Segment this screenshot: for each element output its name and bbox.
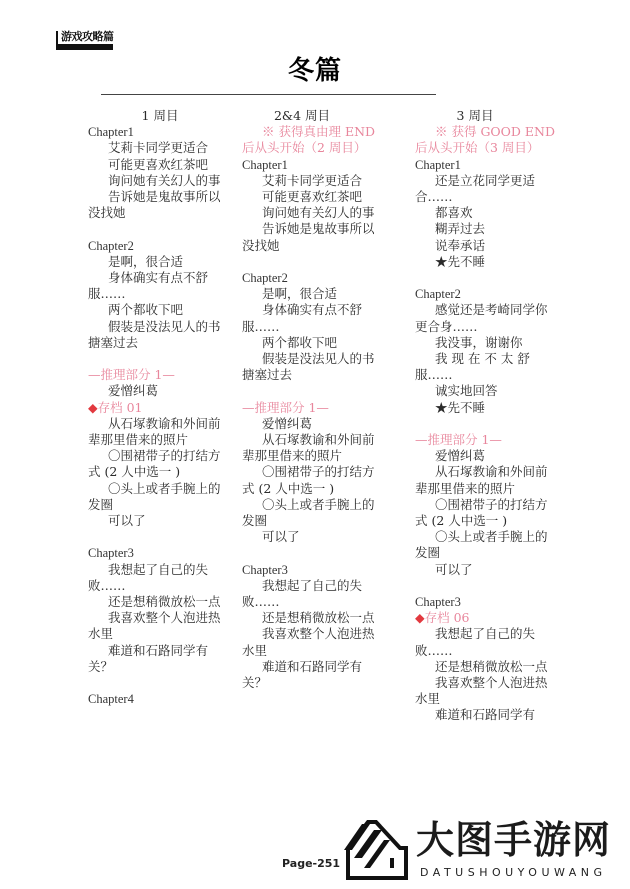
choice-line: 可以了 <box>68 513 230 529</box>
choice-line: 询问她有关幻人的事 <box>222 205 384 221</box>
choice-line: ★先不睡 <box>395 254 557 270</box>
route-note: ※ 获得真由理 END 后从头开始（2 周目） <box>222 124 384 156</box>
choice-line: 〇围裙带子的打结方式 (2 人中选一 ) <box>395 497 557 529</box>
choice-line: 难道和石路同学有关？ <box>68 643 230 675</box>
choice-line: 〇头上或者手腕上的发圈 <box>395 529 557 561</box>
choice-line: 可以了 <box>395 562 557 578</box>
choice-line: 说奉承话 <box>395 238 557 254</box>
choice-line: 还是想稍微放松一点 <box>222 610 384 626</box>
choice-line: 可能更喜欢红茶吧 <box>222 189 384 205</box>
choice-line: 艾莉卡同学更适合 <box>68 140 230 156</box>
choice-line: 我想起了自己的失败…… <box>68 562 230 594</box>
choice-line: 还是立花同学更适合…… <box>395 173 557 205</box>
choice-line: 我喜欢整个人泡进热水里 <box>222 626 384 658</box>
section-label: —推理部分 1— <box>88 367 230 383</box>
choice-line: 我想起了自己的失败…… <box>395 626 557 658</box>
choice-line: 〇围裙带子的打结方式 (2 人中选一 ) <box>222 464 384 496</box>
choice-line: 告诉她是鬼故事所以没找她 <box>222 221 384 253</box>
choice-line: 询问她有关幻人的事 <box>68 173 230 189</box>
column-body: ※ 获得 GOOD END 后从头开始（3 周目）Chapter1还是立花同学更… <box>415 124 557 723</box>
choice-line: 感觉还是考崎同学你更合身…… <box>395 302 557 334</box>
column-playthrough-2-4: 2&4 周目 ※ 获得真由理 END 后从头开始（2 周目）Chapter1艾莉… <box>242 108 384 691</box>
choice-line: 假装是没法见人的书搪塞过去 <box>222 351 384 383</box>
column-body: ※ 获得真由理 END 后从头开始（2 周目）Chapter1艾莉卡同学更适合可… <box>242 124 384 691</box>
choice-line: ★先不睡 <box>395 400 557 416</box>
choice-line: 难道和石路同学有 <box>395 707 557 723</box>
choice-line: 糊弄过去 <box>395 221 557 237</box>
chapter-heading: Chapter2 <box>242 270 384 286</box>
chapter-heading: Chapter2 <box>88 238 230 254</box>
spacer <box>242 254 384 270</box>
title-divider <box>101 94 436 95</box>
chapter-heading: Chapter4 <box>88 691 230 707</box>
save-label: 存档 01 <box>98 400 143 415</box>
watermark-subtitle: DATUSHOUYOUWANG <box>420 866 607 879</box>
choice-line: 两个都收下吧 <box>222 335 384 351</box>
choice-line: 可以了 <box>222 529 384 545</box>
choice-line: 〇头上或者手腕上的发圈 <box>222 497 384 529</box>
spacer <box>415 270 557 286</box>
choice-line: 艾莉卡同学更适合 <box>222 173 384 189</box>
column-playthrough-3: 3 周目 ※ 获得 GOOD END 后从头开始（3 周目）Chapter1还是… <box>415 108 557 724</box>
choice-line: 〇头上或者手腕上的发圈 <box>68 481 230 513</box>
spacer <box>88 529 230 545</box>
section-label: —推理部分 1— <box>242 400 384 416</box>
choice-line: 两个都收下吧 <box>68 302 230 318</box>
choice-line: 还是想稍微放松一点 <box>395 659 557 675</box>
choice-line: 假装是没法见人的书搪塞过去 <box>68 319 230 351</box>
save-point: ◆存档 01 <box>88 400 230 416</box>
choice-line: 诚实地回答 <box>395 383 557 399</box>
column-header: 3 周目 <box>393 108 557 124</box>
choice-line: 我喜欢整个人泡进热水里 <box>395 675 557 707</box>
choice-line: 我 现 在 不 太 舒服…… <box>395 351 557 383</box>
save-label: 存档 06 <box>425 610 470 625</box>
spacer <box>415 578 557 594</box>
choice-line: 是啊，很合适 <box>68 254 230 270</box>
choice-line: 我喜欢整个人泡进热水里 <box>68 610 230 642</box>
chapter-heading: Chapter1 <box>415 157 557 173</box>
column-playthrough-1: 1 周目 Chapter1艾莉卡同学更适合可能更喜欢红茶吧询问她有关幻人的事告诉… <box>88 108 230 707</box>
chapter-heading: Chapter3 <box>415 594 557 610</box>
choice-line: 我想起了自己的失败…… <box>222 578 384 610</box>
watermark-title: 大图手游网 <box>416 820 611 860</box>
house-icon <box>340 818 410 884</box>
choice-line: 难道和石路同学有关？ <box>222 659 384 691</box>
spacer <box>242 383 384 399</box>
page-number: Page-251 <box>282 857 340 870</box>
save-point: ◆存档 06 <box>415 610 557 626</box>
choice-line: 是啊，很合适 <box>222 286 384 302</box>
column-header: 2&4 周目 <box>220 108 384 124</box>
choice-line: 告诉她是鬼故事所以没找她 <box>68 189 230 221</box>
spacer <box>242 545 384 561</box>
chapter-heading: Chapter3 <box>242 562 384 578</box>
section-tag: 游戏攻略篇 <box>56 31 114 50</box>
choice-line: 我没事，谢谢你 <box>395 335 557 351</box>
route-note: ※ 获得 GOOD END 后从头开始（3 周目） <box>395 124 557 156</box>
spacer <box>88 351 230 367</box>
choice-line: 身体确实有点不舒服…… <box>222 302 384 334</box>
column-body: Chapter1艾莉卡同学更适合可能更喜欢红茶吧询问她有关幻人的事告诉她是鬼故事… <box>88 124 230 707</box>
page-title: 冬篇 <box>0 50 630 87</box>
chapter-heading: Chapter1 <box>88 124 230 140</box>
choice-line: 爱憎纠葛 <box>68 383 230 399</box>
choice-line: 爱憎纠葛 <box>395 448 557 464</box>
choice-line: 都喜欢 <box>395 205 557 221</box>
choice-line: 爱憎纠葛 <box>222 416 384 432</box>
spacer <box>88 675 230 691</box>
section-label: —推理部分 1— <box>415 432 557 448</box>
choice-line: 可能更喜欢红茶吧 <box>68 157 230 173</box>
spacer <box>88 221 230 237</box>
choice-line: 从石塚教谕和外间前辈那里借来的照片 <box>68 416 230 448</box>
chapter-heading: Chapter3 <box>88 545 230 561</box>
choice-line: 〇围裙带子的打结方式 (2 人中选一 ) <box>68 448 230 480</box>
choice-line: 还是想稍微放松一点 <box>68 594 230 610</box>
chapter-heading: Chapter2 <box>415 286 557 302</box>
chapter-heading: Chapter1 <box>242 157 384 173</box>
choice-line: 从石塚教谕和外间前辈那里借来的照片 <box>222 432 384 464</box>
spacer <box>415 416 557 432</box>
column-header: 1 周目 <box>78 108 242 124</box>
section-tag-label: 游戏攻略篇 <box>61 30 114 43</box>
diamond-icon: ◆ <box>88 400 98 415</box>
choice-line: 从石塚教谕和外间前辈那里借来的照片 <box>395 464 557 496</box>
diamond-icon: ◆ <box>415 610 425 625</box>
choice-line: 身体确实有点不舒服…… <box>68 270 230 302</box>
